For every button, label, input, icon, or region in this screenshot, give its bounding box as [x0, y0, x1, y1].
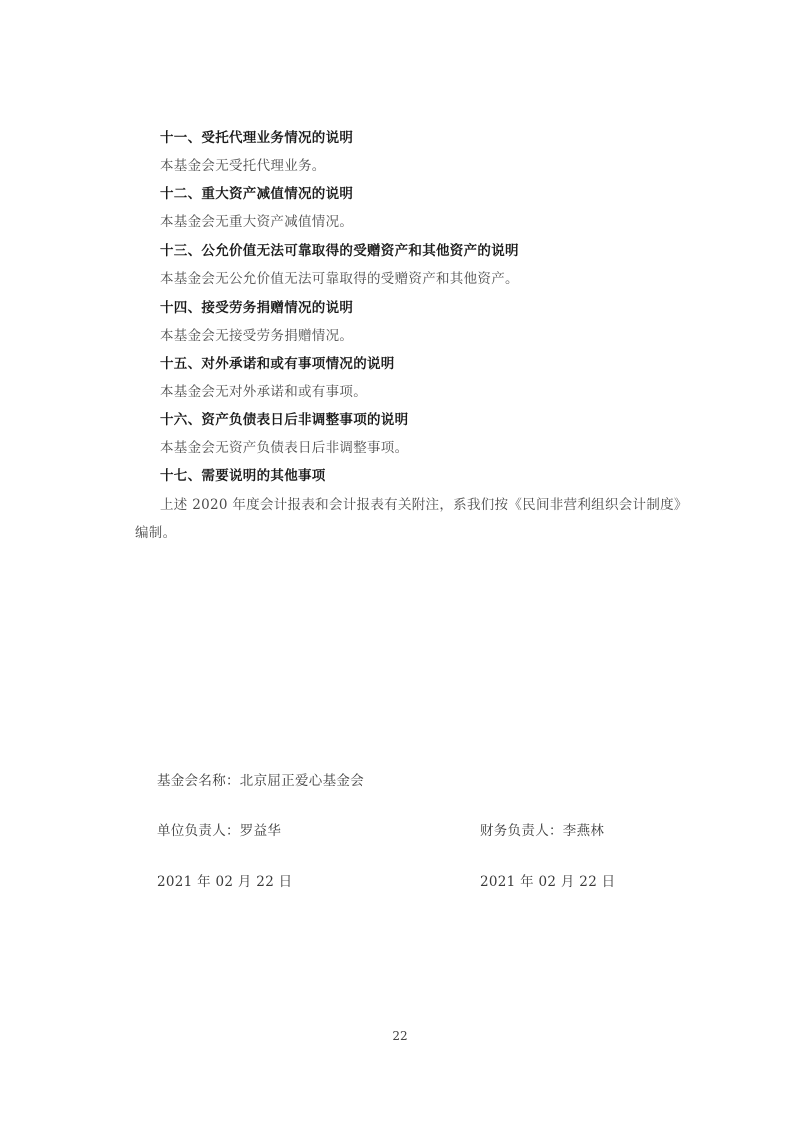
section-heading: 十二、重大资产减值情况的说明 [160, 185, 353, 203]
section-body: 本基金会无资产负债表日后非调整事项。 [160, 439, 408, 457]
section-heading: 十五、对外承诺和或有事项情况的说明 [160, 355, 395, 373]
date-right: 2021 年 02 月 22 日 [480, 873, 615, 891]
document-page: 十一、受托代理业务情况的说明 本基金会无受托代理业务。 十二、重大资产减值情况的… [0, 0, 800, 1131]
page-number: 22 [0, 1029, 800, 1043]
section-heading: 十四、接受劳务捐赠情况的说明 [160, 299, 353, 317]
section-body: 本基金会无重大资产减值情况。 [160, 213, 353, 231]
unit-head: 单位负责人：罗益华 [157, 822, 281, 840]
section-heading: 十一、受托代理业务情况的说明 [160, 129, 353, 147]
section-heading: 十七、需要说明的其他事项 [160, 467, 326, 485]
section-body-line: 上述 2020 年度会计报表和会计报表有关附注，系我们按《民间非营利组织会计制度… [160, 496, 688, 514]
section-body-line: 编制。 [135, 524, 176, 542]
section-heading: 十六、资产负债表日后非调整事项的说明 [160, 411, 408, 429]
section-body: 本基金会无接受劳务捐赠情况。 [160, 327, 353, 345]
section-body: 本基金会无受托代理业务。 [160, 157, 326, 175]
date-left: 2021 年 02 月 22 日 [157, 873, 292, 891]
finance-head: 财务负责人：李燕林 [480, 822, 604, 840]
section-heading: 十三、公允价值无法可靠取得的受赠资产和其他资产的说明 [160, 242, 519, 260]
foundation-name: 基金会名称：北京屈正爱心基金会 [157, 772, 364, 790]
section-body: 本基金会无公允价值无法可靠取得的受赠资产和其他资产。 [160, 270, 519, 288]
section-body: 本基金会无对外承诺和或有事项。 [160, 383, 367, 401]
